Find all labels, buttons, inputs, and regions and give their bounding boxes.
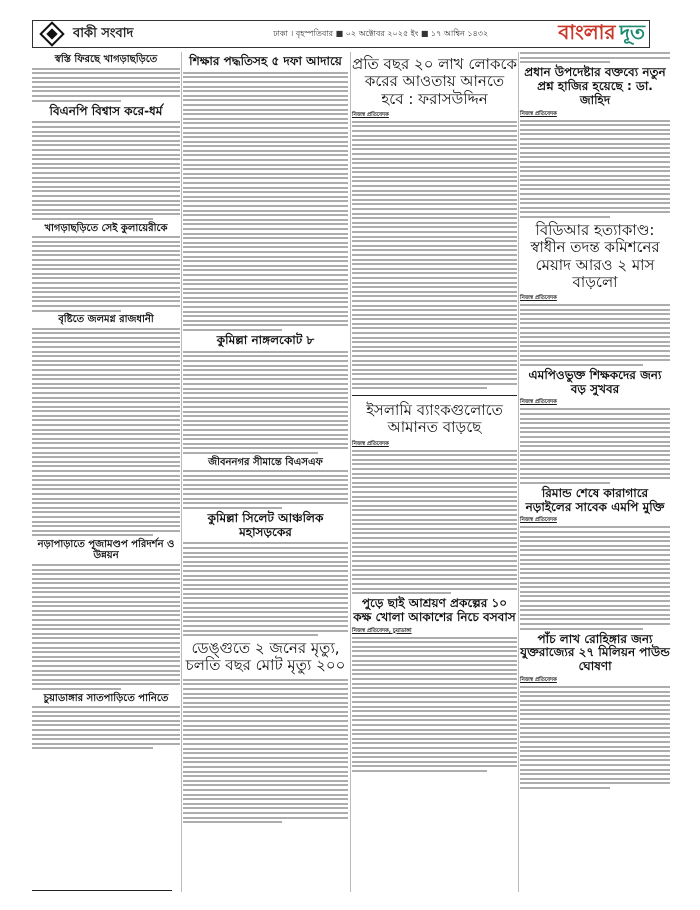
dateline: ঢাকা । বৃহস্পতিবার ■ ০২ অক্টোবর ২০২৫ ইং … <box>203 28 558 41</box>
article-body <box>520 686 670 789</box>
brand-part1: বাংলার <box>558 18 615 51</box>
page-end-rule <box>32 890 172 891</box>
article-headline: স্বস্তি ফিরছে খাগড়াছড়িতে <box>32 54 180 66</box>
article-headline: জীবননগর সীমান্তে বিএসএফ <box>183 457 348 469</box>
section-divider <box>352 395 517 396</box>
article: নড়াপাড়াতে পূজামণ্ডপ পরিদর্শন ও উন্নয়ন <box>32 539 180 690</box>
article: শিক্ষার পদ্ধতিসহ ৫ দফা আদায়ে <box>183 55 348 331</box>
article-body-continued <box>520 52 670 63</box>
article-body <box>352 637 517 772</box>
article-body <box>520 120 670 218</box>
article: প্রধান উপদেষ্টার বক্তব্যে নতুন প্রশ্ন হা… <box>520 66 670 218</box>
article: জীবননগর সীমান্তে বিএসএফ <box>183 457 348 509</box>
column-divider <box>350 52 351 892</box>
article: বিএনপি বিশ্বাস করে-ধর্ম <box>32 105 180 220</box>
article-headline: নড়াপাড়াতে পূজামণ্ডপ পরিদর্শন ও উন্নয়ন <box>32 539 180 562</box>
article-body <box>183 72 348 331</box>
article: পাঁচ লাখ রোহিঙ্গার জন্য যুক্তরাজ্যের ২৭ … <box>520 633 670 789</box>
article: বিডিআর হত্যাকাণ্ড: স্বাধীন তদন্ত কমিশনের… <box>520 222 670 366</box>
article-headline: রিমান্ড শেষে কারাগারে নড়াইলের সাবেক এমপ… <box>520 487 670 515</box>
article-headline: ডেঙ্গুতে ২ জনের মৃত্যু, চলতি বছর মোট মৃত… <box>183 640 348 675</box>
article-byline: নিজস্ব প্রতিবেদক <box>520 295 670 303</box>
article-byline: নিজস্ব প্রতিবেদক <box>520 111 670 119</box>
article: চুয়াডাঙ্গার সাতপাড়িতে পানিতে <box>32 693 180 750</box>
article: পুড়ে ছাই আশ্রয়ণ প্রকল্পের ১০ কক্ষ খোলা… <box>352 597 517 772</box>
masthead: বাকী সংবাদ ঢাকা । বৃহস্পতিবার ■ ০২ অক্টো… <box>32 20 650 48</box>
article-headline: কুমিল্লা সিলেট আঞ্চলিক মহাসড়কের <box>183 512 348 540</box>
article-byline: নিজস্ব প্রতিবেদক <box>520 677 670 685</box>
article-headline: প্রতি বছর ২০ লাখ লোককে করের আওতায় আনতে … <box>352 56 517 108</box>
article-body <box>32 706 180 749</box>
brand-part2: দূত <box>619 18 645 51</box>
article: বৃষ্টিতে জলমগ্ন রাজধানী <box>32 314 180 536</box>
article-headline: বৃষ্টিতে জলমগ্ন রাজধানী <box>32 314 180 326</box>
article: এমপিওভুক্ত শিক্ষকদের জন্য বড় সুখবর নিজস… <box>520 369 670 484</box>
article: প্রতি বছর ২০ লাখ লোককে করের আওতায় আনতে … <box>352 56 517 389</box>
article-body <box>32 328 180 537</box>
article-body <box>183 470 348 509</box>
column-divider <box>518 52 519 892</box>
article-byline: নিজস্ব প্রতিবেদক <box>520 399 670 407</box>
article-headline: প্রধান উপদেষ্টার বক্তব্যে নতুন প্রশ্ন হা… <box>520 66 670 107</box>
column-2: শিক্ষার পদ্ধতিসহ ৫ দফা আদায়ে কুমিল্লা ন… <box>183 52 348 826</box>
newspaper-brand-logo: বাংলার দূত <box>558 18 645 51</box>
article-byline: নিজস্ব প্রতিবেদক <box>352 112 517 120</box>
article-headline: কুমিল্লা নাঙ্গলকোট ৮ <box>183 334 348 348</box>
article: খাগড়াছড়িতে সেই কুলায়েরীকে <box>32 223 180 312</box>
article-body <box>352 121 517 389</box>
article-body <box>32 564 180 690</box>
article: কুমিল্লা সিলেট আঞ্চলিক মহাসড়কের <box>183 512 348 636</box>
article-byline: নিজস্ব প্রতিবেদক, চুয়াডাঙ্গা <box>352 628 517 636</box>
article-headline: ইসলামি ব্যাংকগুলোতে আমানত বাড়ছে <box>352 402 517 437</box>
article: ডেঙ্গুতে ২ জনের মৃত্যু, চলতি বছর মোট মৃত… <box>183 640 348 823</box>
article: রিমান্ড শেষে কারাগারে নড়াইলের সাবেক এমপ… <box>520 487 670 630</box>
article: কুমিল্লা নাঙ্গলকোট ৮ <box>183 334 348 454</box>
article-body <box>32 68 180 102</box>
article: স্বস্তি ফিরছে খাগড়াছড়িতে <box>32 54 180 102</box>
article-body <box>183 679 348 823</box>
article-headline: বিডিআর হত্যাকাণ্ড: স্বাধীন তদন্ত কমিশনের… <box>520 222 670 291</box>
article-body <box>183 351 348 454</box>
section-logo-icon <box>39 21 64 46</box>
article-body <box>520 304 670 366</box>
article-headline: খাগড়াছড়িতে সেই কুলায়েরীকে <box>32 223 180 235</box>
article-headline: পুড়ে ছাই আশ্রয়ণ প্রকল্পের ১০ কক্ষ খোলা… <box>352 597 517 625</box>
article-headline: শিক্ষার পদ্ধতিসহ ৫ দফা আদায়ে <box>183 55 348 69</box>
column-1: স্বস্তি ফিরছে খাগড়াছড়িতে বিএনপি বিশ্বা… <box>32 52 180 752</box>
column-divider <box>181 52 182 892</box>
article-body <box>32 121 180 219</box>
column-3: প্রতি বছর ২০ লাখ লোককে করের আওতায় আনতে … <box>352 52 517 775</box>
article-headline: বিএনপি বিশ্বাস করে-ধর্ম <box>32 105 180 119</box>
article-body <box>183 542 348 636</box>
article-headline: এমপিওভুক্ত শিক্ষকদের জন্য বড় সুখবর <box>520 369 670 397</box>
column-4: প্রধান উপদেষ্টার বক্তব্যে নতুন প্রশ্ন হা… <box>520 52 670 792</box>
article-headline: পাঁচ লাখ রোহিঙ্গার জন্য যুক্তরাজ্যের ২৭ … <box>520 633 670 674</box>
article-body <box>32 236 180 312</box>
article: ইসলামি ব্যাংকগুলোতে আমানত বাড়ছে নিজস্ব … <box>352 402 517 594</box>
article-body <box>520 408 670 484</box>
article-byline: নিজস্ব প্রতিবেদক <box>520 517 670 525</box>
article-body <box>352 450 517 594</box>
article-headline: চুয়াডাঙ্গার সাতপাড়িতে পানিতে <box>32 693 180 705</box>
section-name: বাকী সংবাদ <box>73 24 203 45</box>
article-byline: নিজস্ব প্রতিবেদক <box>352 441 517 449</box>
article-body <box>520 526 670 629</box>
